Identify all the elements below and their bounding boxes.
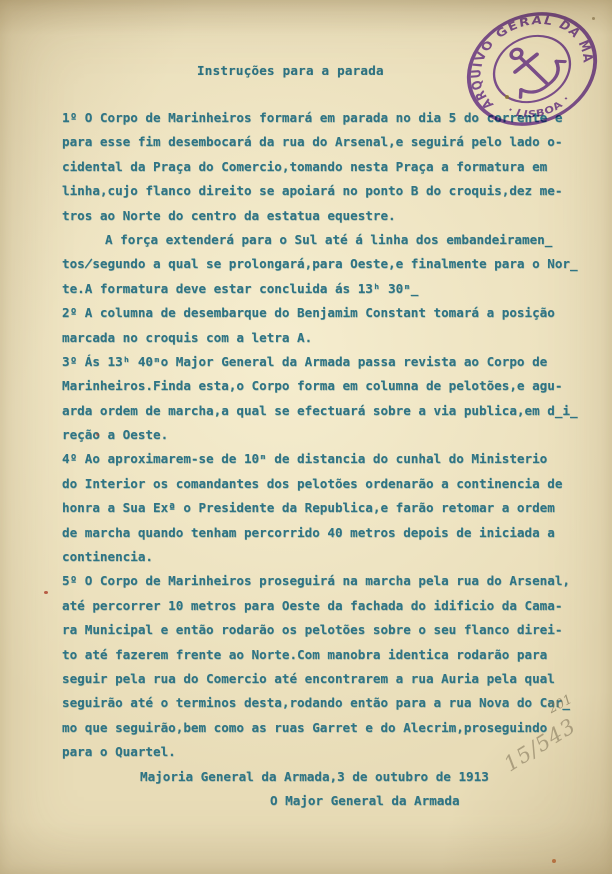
paper-speck xyxy=(96,433,99,436)
text-line: tros ao Norte do centro da estatua eques… xyxy=(62,204,582,228)
dateline: Majoria General da Armada,3 de outubro d… xyxy=(62,765,582,789)
paper-speck xyxy=(44,591,48,594)
text-line: mo que seguirão,bem como as ruas Garret … xyxy=(62,716,582,740)
paper-speck xyxy=(505,95,509,99)
text-line: 2º A columna de desembarque do Benjamim … xyxy=(62,301,582,325)
text-line: marcada no croquis com a letra A. xyxy=(62,326,582,350)
text-line: 4º Ao aproximarem-se de 10ᵐ de distancia… xyxy=(62,447,582,471)
text-line: do Interior os comandantes dos pelotões … xyxy=(62,472,582,496)
text-line: continencia. xyxy=(62,545,582,569)
text-line: arda ordem de marcha,a qual se efectuará… xyxy=(62,399,582,423)
text-line: honra a Sua Exª o Presidente da Republic… xyxy=(62,496,582,520)
text-line: linha,cujo flanco direito se apoiará no … xyxy=(62,179,582,203)
text-line: 3º Ás 13ʰ 40ᵐo Major General da Armada p… xyxy=(62,350,582,374)
text-line: tos̸segundo a qual se prolongará,para Oe… xyxy=(62,252,582,276)
text-line: seguirão até o terminos desta,rodando en… xyxy=(62,691,582,715)
text-line: cidental da Praça do Comercio,tomando ne… xyxy=(62,155,582,179)
paper-speck xyxy=(552,859,556,863)
paper-speck xyxy=(592,17,595,20)
page-title: Instruções para a parada xyxy=(197,63,384,78)
document-page: Instruções para a parada 1º O Corpo de M… xyxy=(0,0,612,874)
text-line: de marcha quando tenham percorrido 40 me… xyxy=(62,521,582,545)
text-line: ra Municipal e então rodarão os pelotões… xyxy=(62,618,582,642)
text-line: reção a Oeste. xyxy=(62,423,582,447)
text-line: A força extenderá para o Sul até á linha… xyxy=(62,228,582,252)
text-line: te.A formatura deve estar concluida ás 1… xyxy=(62,277,582,301)
text-line: to até fazerem frente ao Norte.Com manob… xyxy=(62,643,582,667)
text-line: Marinheiros.Finda esta,o Corpo forma em … xyxy=(62,374,582,398)
document-body: 1º O Corpo de Marinheiros formará em par… xyxy=(62,106,582,813)
signature-line: O Major General da Armada xyxy=(62,789,582,813)
text-line: 5º O Corpo de Marinheiros proseguirá na … xyxy=(62,569,582,593)
text-line: seguir pela rua do Comercio até encontra… xyxy=(62,667,582,691)
text-line: até percorrer 10 metros para Oeste da fa… xyxy=(62,594,582,618)
